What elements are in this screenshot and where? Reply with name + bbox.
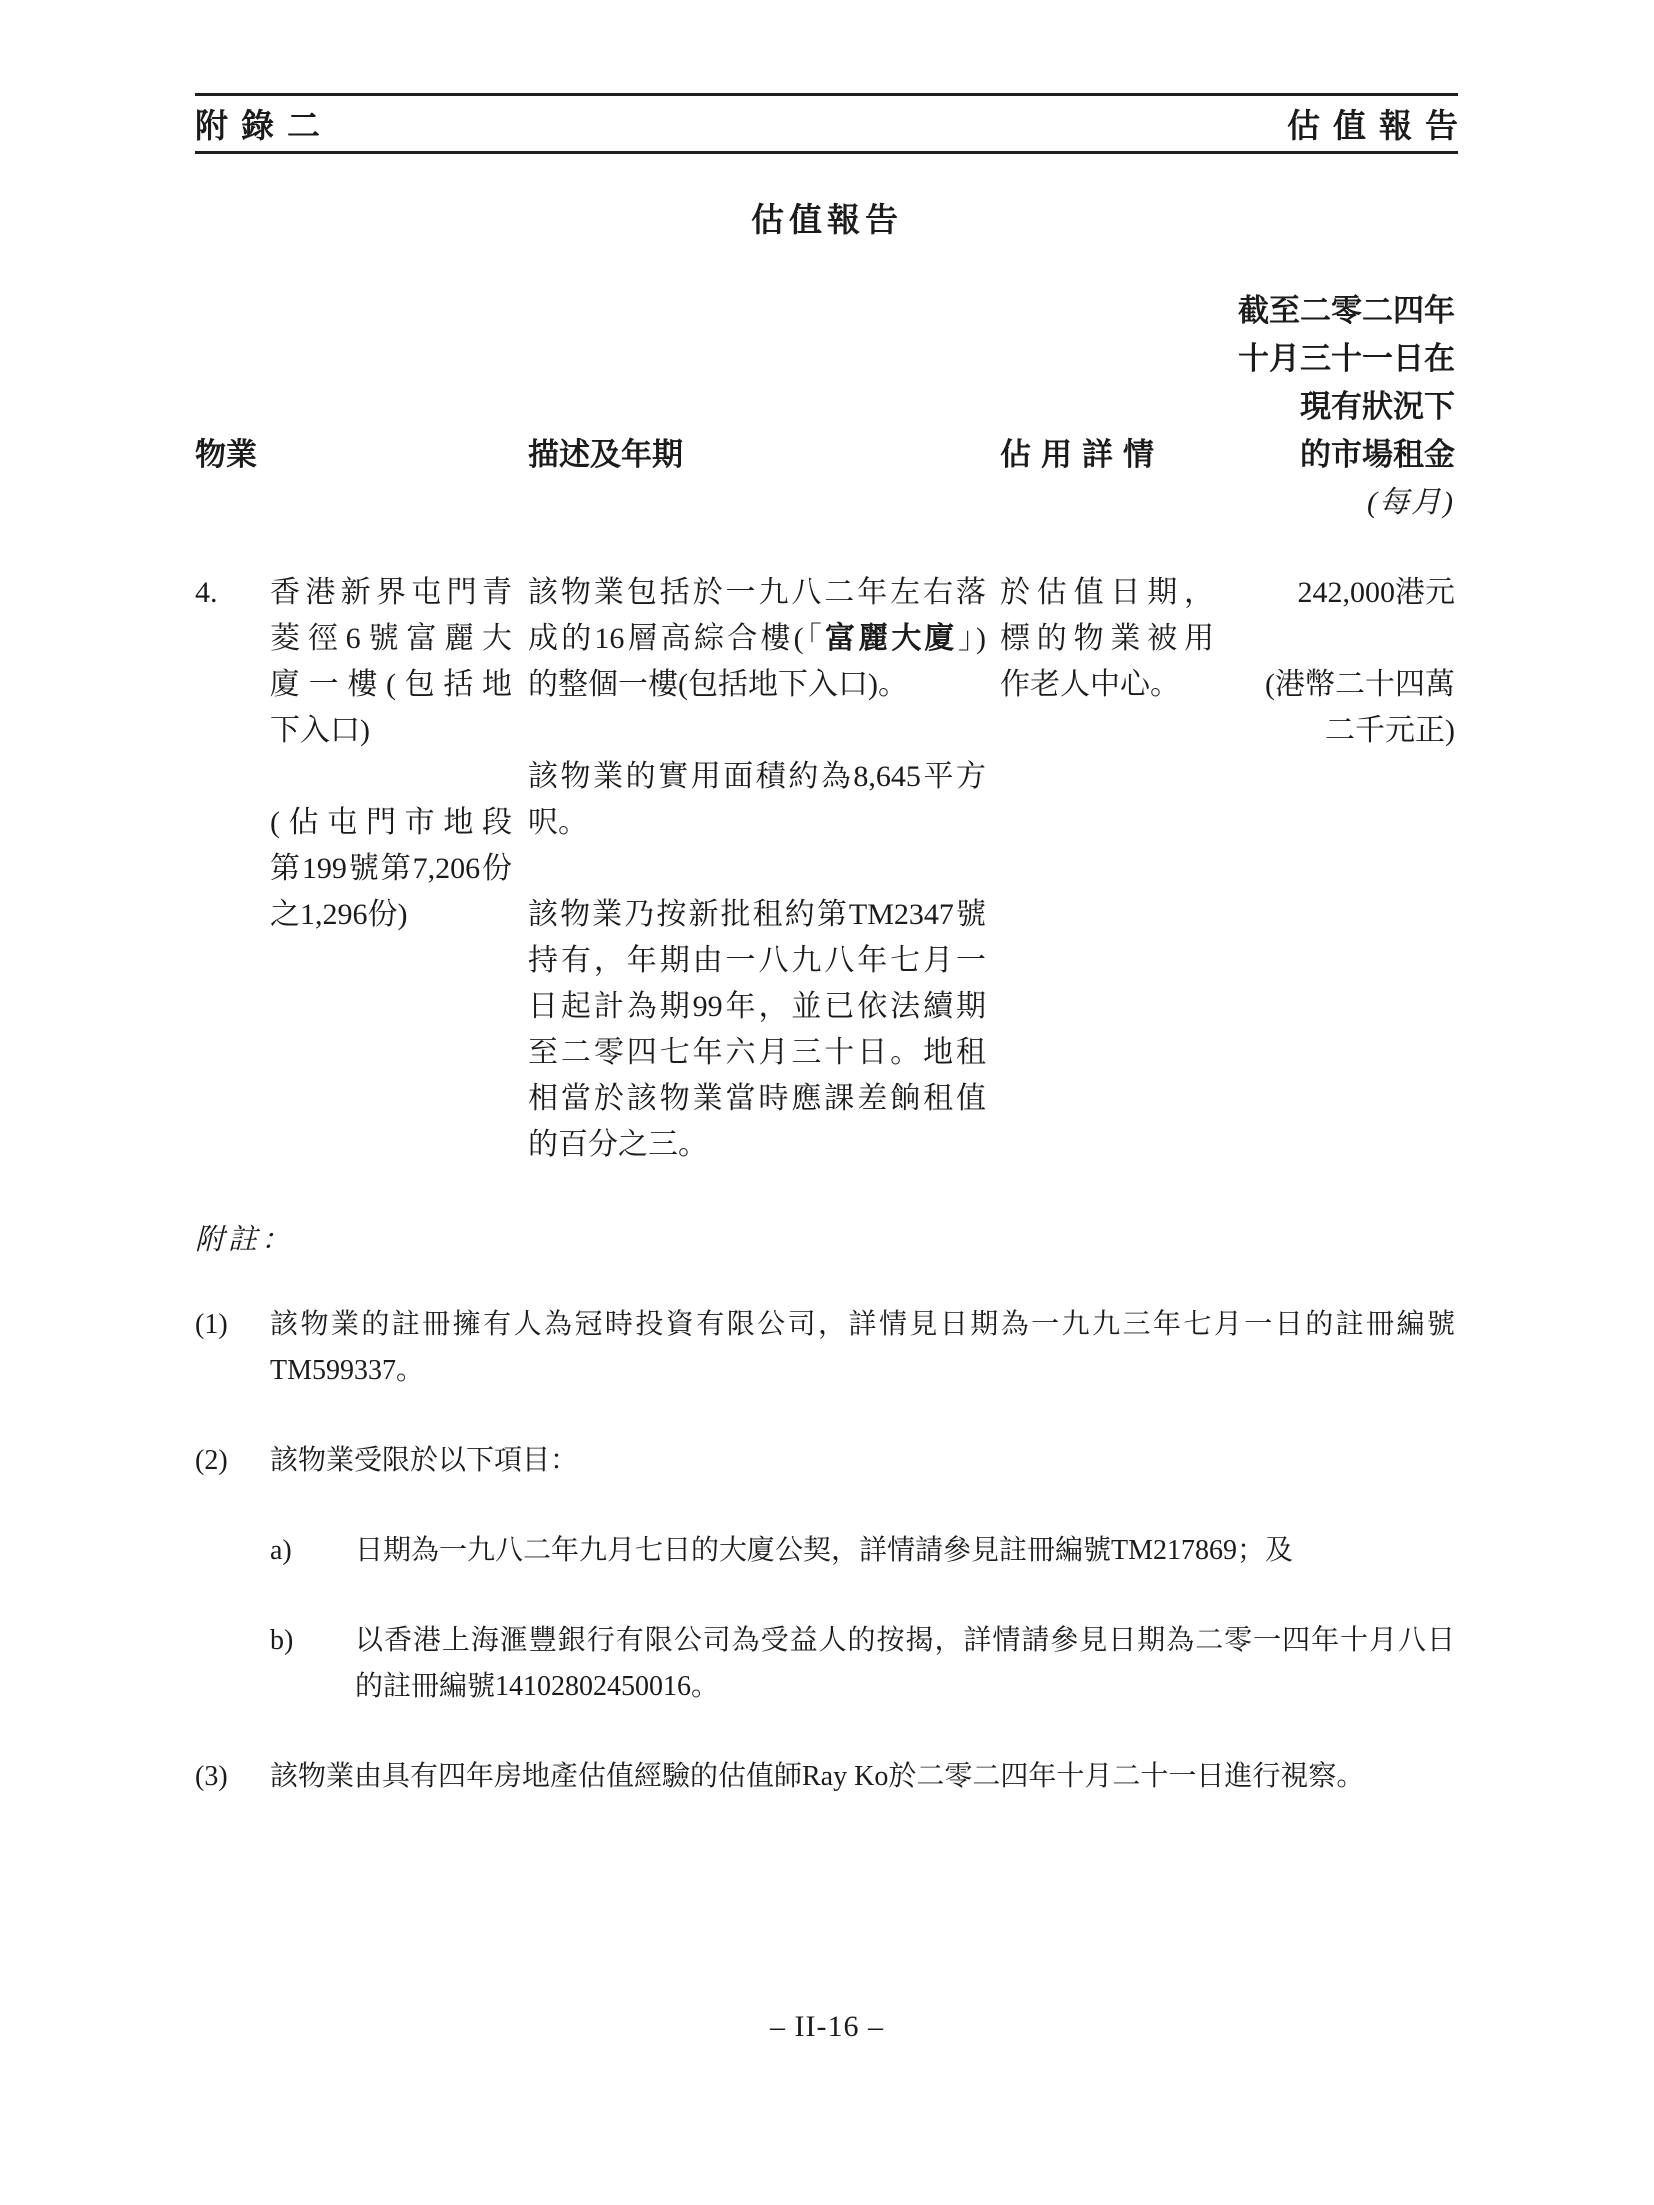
column-header-description: 描述及年期 <box>528 432 683 478</box>
text-line: 下入口) <box>270 708 512 754</box>
note-item: b)以香港上海滙豐銀行有限公司為受益人的按揭，詳情請參見日期為二零一四年十月八日… <box>195 1618 1455 1710</box>
page-number: – II-16 – <box>0 2010 1654 2044</box>
note-number: (2) <box>195 1438 270 1484</box>
header-line: 截至二零二四年 <box>1238 287 1455 335</box>
note-text: 該物業的註冊擁有人為冠時投資有限公司，詳情見日期為一九九三年七月一日的註冊編號T… <box>270 1302 1455 1394</box>
rent-cell: 242,000港元(港幣二十四萬二千元正) <box>1100 570 1455 754</box>
header-line: 的市場租金 <box>1238 431 1455 479</box>
text-line: 該物業的註冊擁有人為冠時投資有限公司，詳情見日期為一九九三年七月一日的註冊編號 <box>270 1302 1455 1348</box>
text-line: 之1,296份) <box>270 892 512 938</box>
text-line: 廈一樓(包括地 <box>270 662 512 708</box>
text-line: 該物業包括於一九八二年左右落 <box>528 570 986 616</box>
property-cell: 香港新界屯門青菱徑6號富麗大廈一樓(包括地下入口)(佔屯門市地段第199號第7,… <box>270 570 512 938</box>
header-line: 現有狀況下 <box>1238 383 1455 431</box>
text-line: (港幣二十四萬 <box>1100 662 1455 708</box>
paragraph: (港幣二十四萬二千元正) <box>1100 662 1455 754</box>
text-line: 242,000港元 <box>1100 570 1455 616</box>
paragraph: 該物業乃按新批租約第TM2347號持有，年期由一八九八年七月一日起計為期99年，… <box>528 892 986 1168</box>
text-line: 的註冊編號14102802450016。 <box>355 1664 1455 1710</box>
text-line: 的百分之三。 <box>528 1122 986 1168</box>
paragraph: 該物業的實用面積約為8,645平方呎。 <box>528 754 986 846</box>
paragraph: (佔屯門市地段第199號第7,206份之1,296份) <box>270 800 512 938</box>
text-line: 該物業受限於以下項目： <box>270 1438 1455 1484</box>
header-line: 十月三十一日在 <box>1238 335 1455 383</box>
note-number: a) <box>270 1528 355 1574</box>
text-line: 以香港上海滙豐銀行有限公司為受益人的按揭，詳情請參見日期為二零一四年十月八日 <box>355 1618 1455 1664</box>
text-line: 二千元正) <box>1100 708 1455 754</box>
text-line: 該物業的實用面積約為8,645平方 <box>528 754 986 800</box>
text-line: 持有，年期由一八九八年七月一 <box>528 938 986 984</box>
notes-section: 附註： (1)該物業的註冊擁有人為冠時投資有限公司，詳情見日期為一九九三年七月一… <box>195 1220 1455 1800</box>
text-line: 菱徑6號富麗大 <box>270 616 512 662</box>
column-header-rent: 截至二零二四年十月三十一日在現有狀況下的市場租金 (每月) <box>1238 287 1455 527</box>
text-line: 日起計為期99年，並已依法續期 <box>528 984 986 1030</box>
text-line: 該物業由具有四年房地產估值經驗的估值師Ray Ko於二零二四年十月二十一日進行視… <box>270 1754 1455 1800</box>
notes-list: (1)該物業的註冊擁有人為冠時投資有限公司，詳情見日期為一九九三年七月一日的註冊… <box>195 1302 1455 1800</box>
text-line: 呎。 <box>528 800 986 846</box>
column-header-occupancy: 佔用詳情 <box>1000 432 1164 478</box>
note-number: b) <box>270 1618 355 1710</box>
paragraph: 香港新界屯門青菱徑6號富麗大廈一樓(包括地下入口) <box>270 570 512 754</box>
note-item: (1)該物業的註冊擁有人為冠時投資有限公司，詳情見日期為一九九三年七月一日的註冊… <box>195 1302 1455 1394</box>
text-line: 成的16層高綜合樓(「富麗大廈」) <box>528 616 986 662</box>
note-text: 該物業受限於以下項目： <box>270 1438 1455 1484</box>
text-line: (佔屯門市地段 <box>270 800 512 846</box>
note-number: (3) <box>195 1754 270 1800</box>
text-line: TM599337。 <box>270 1348 1455 1394</box>
text-line: 的整個一樓(包括地下入口)。 <box>528 662 986 708</box>
paragraph: 該物業包括於一九八二年左右落成的16層高綜合樓(「富麗大廈」)的整個一樓(包括地… <box>528 570 986 708</box>
text-line: 日期為一九八二年九月七日的大廈公契，詳情請參見註冊編號TM217869；及 <box>355 1528 1455 1574</box>
note-text: 日期為一九八二年九月七日的大廈公契，詳情請參見註冊編號TM217869；及 <box>355 1528 1455 1574</box>
text-line: 至二零四七年六月三十日。地租 <box>528 1030 986 1076</box>
note-text: 該物業由具有四年房地產估值經驗的估值師Ray Ko於二零二四年十月二十一日進行視… <box>270 1754 1455 1800</box>
description-cell: 該物業包括於一九八二年左右落成的16層高綜合樓(「富麗大廈」)的整個一樓(包括地… <box>528 570 986 1168</box>
appendix-label: 附錄二 <box>195 100 333 147</box>
page-title: 估值報告 <box>0 194 1654 241</box>
report-section-label: 估值報告 <box>1287 100 1471 147</box>
note-item: (2)該物業受限於以下項目： <box>195 1438 1455 1484</box>
valuation-report-page: 附錄二 估值報告 估值報告 物業 描述及年期 佔用詳情 截至二零二四年十月三十一… <box>0 0 1654 2205</box>
note-item: a)日期為一九八二年九月七日的大廈公契，詳情請參見註冊編號TM217869；及 <box>195 1528 1455 1574</box>
text-line: 第199號第7,206份 <box>270 846 512 892</box>
note-item: (3)該物業由具有四年房地產估值經驗的估值師Ray Ko於二零二四年十月二十一日… <box>195 1754 1455 1800</box>
note-text: 以香港上海滙豐銀行有限公司為受益人的按揭，詳情請參見日期為二零一四年十月八日的註… <box>355 1618 1455 1710</box>
rent-header-lines: 截至二零二四年十月三十一日在現有狀況下的市場租金 <box>1238 287 1455 479</box>
notes-label: 附註： <box>195 1220 1455 1260</box>
text-line: 相當於該物業當時應課差餉租值 <box>528 1076 986 1122</box>
column-header-property: 物業 <box>195 432 257 478</box>
row-number: 4. <box>195 570 218 616</box>
page-header-band: 附錄二 估值報告 <box>195 93 1458 154</box>
text-line: 香港新界屯門青 <box>270 570 512 616</box>
note-number: (1) <box>195 1302 270 1394</box>
rent-per-month-note: (每月) <box>1238 479 1455 527</box>
paragraph: 242,000港元 <box>1100 570 1455 616</box>
text-line: 該物業乃按新批租約第TM2347號 <box>528 892 986 938</box>
